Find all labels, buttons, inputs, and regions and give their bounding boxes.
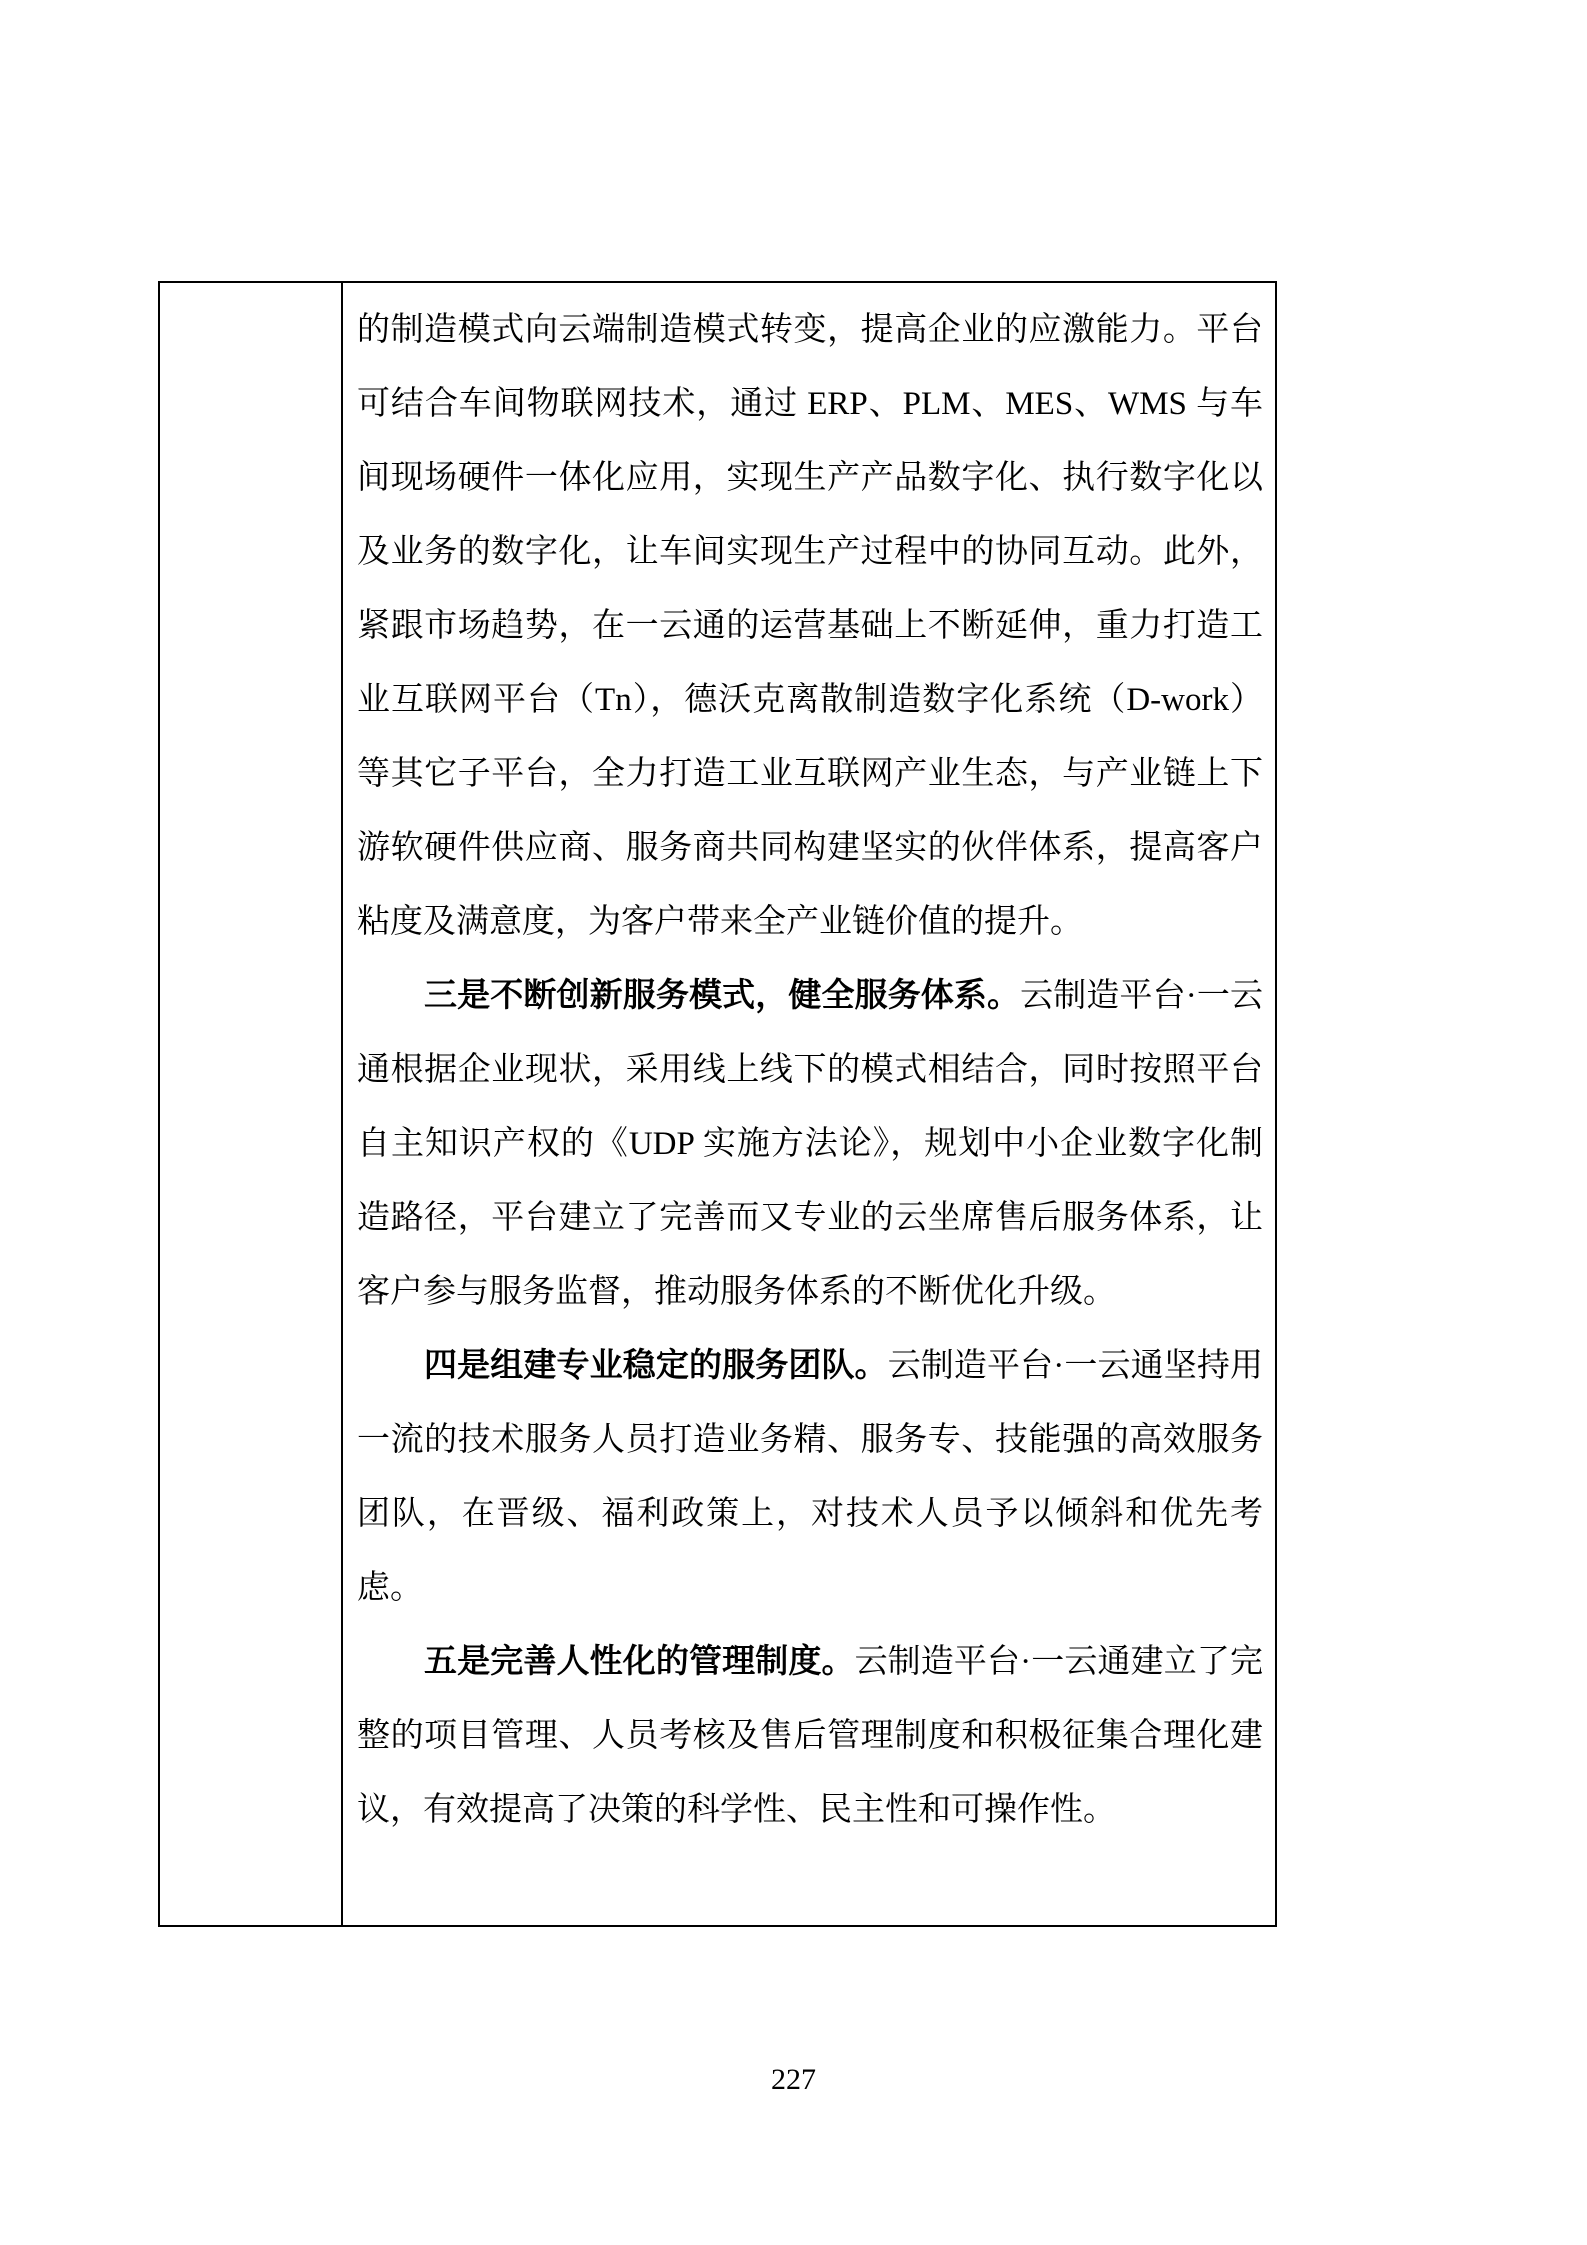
paragraph-point-three: 三是不断创新服务模式，健全服务体系。云制造平台·一云通根据企业现状，采用线上线下… [357,959,1263,1329]
paragraph-lead: 五是完善人性化的管理制度。 [424,1644,855,1680]
paragraph-lead: 三是不断创新服务模式，健全服务体系。 [424,978,1020,1014]
paragraph-text: 的制造模式向云端制造模式转变，提高企业的应激能力。平台可结合车间物联网技术，通过… [357,312,1263,940]
paragraph-lead: 四是组建专业稳定的服务团队。 [424,1348,888,1384]
table-left-cell [160,283,343,1925]
paragraph-point-five: 五是完善人性化的管理制度。云制造平台·一云通建立了完整的项目管理、人员考核及售后… [357,1625,1263,1847]
page-number: 227 [0,2063,1587,2097]
paragraph-text: 云制造平台·一云通坚持用一流的技术服务人员打造业务精、服务专、技能强的高效服务团… [357,1348,1263,1606]
paragraph-point-four: 四是组建专业稳定的服务团队。云制造平台·一云通坚持用一流的技术服务人员打造业务精… [357,1329,1263,1625]
paragraph-continuation: 的制造模式向云端制造模式转变，提高企业的应激能力。平台可结合车间物联网技术，通过… [357,293,1263,959]
content-table: 的制造模式向云端制造模式转变，提高企业的应激能力。平台可结合车间物联网技术，通过… [158,281,1277,1927]
paragraph-text: 云制造平台·一云通根据企业现状，采用线上线下的模式相结合，同时按照平台自主知识产… [357,978,1263,1310]
table-right-cell: 的制造模式向云端制造模式转变，提高企业的应激能力。平台可结合车间物联网技术，通过… [343,283,1275,1925]
document-page: 的制造模式向云端制造模式转变，提高企业的应激能力。平台可结合车间物联网技术，通过… [0,0,1587,2245]
